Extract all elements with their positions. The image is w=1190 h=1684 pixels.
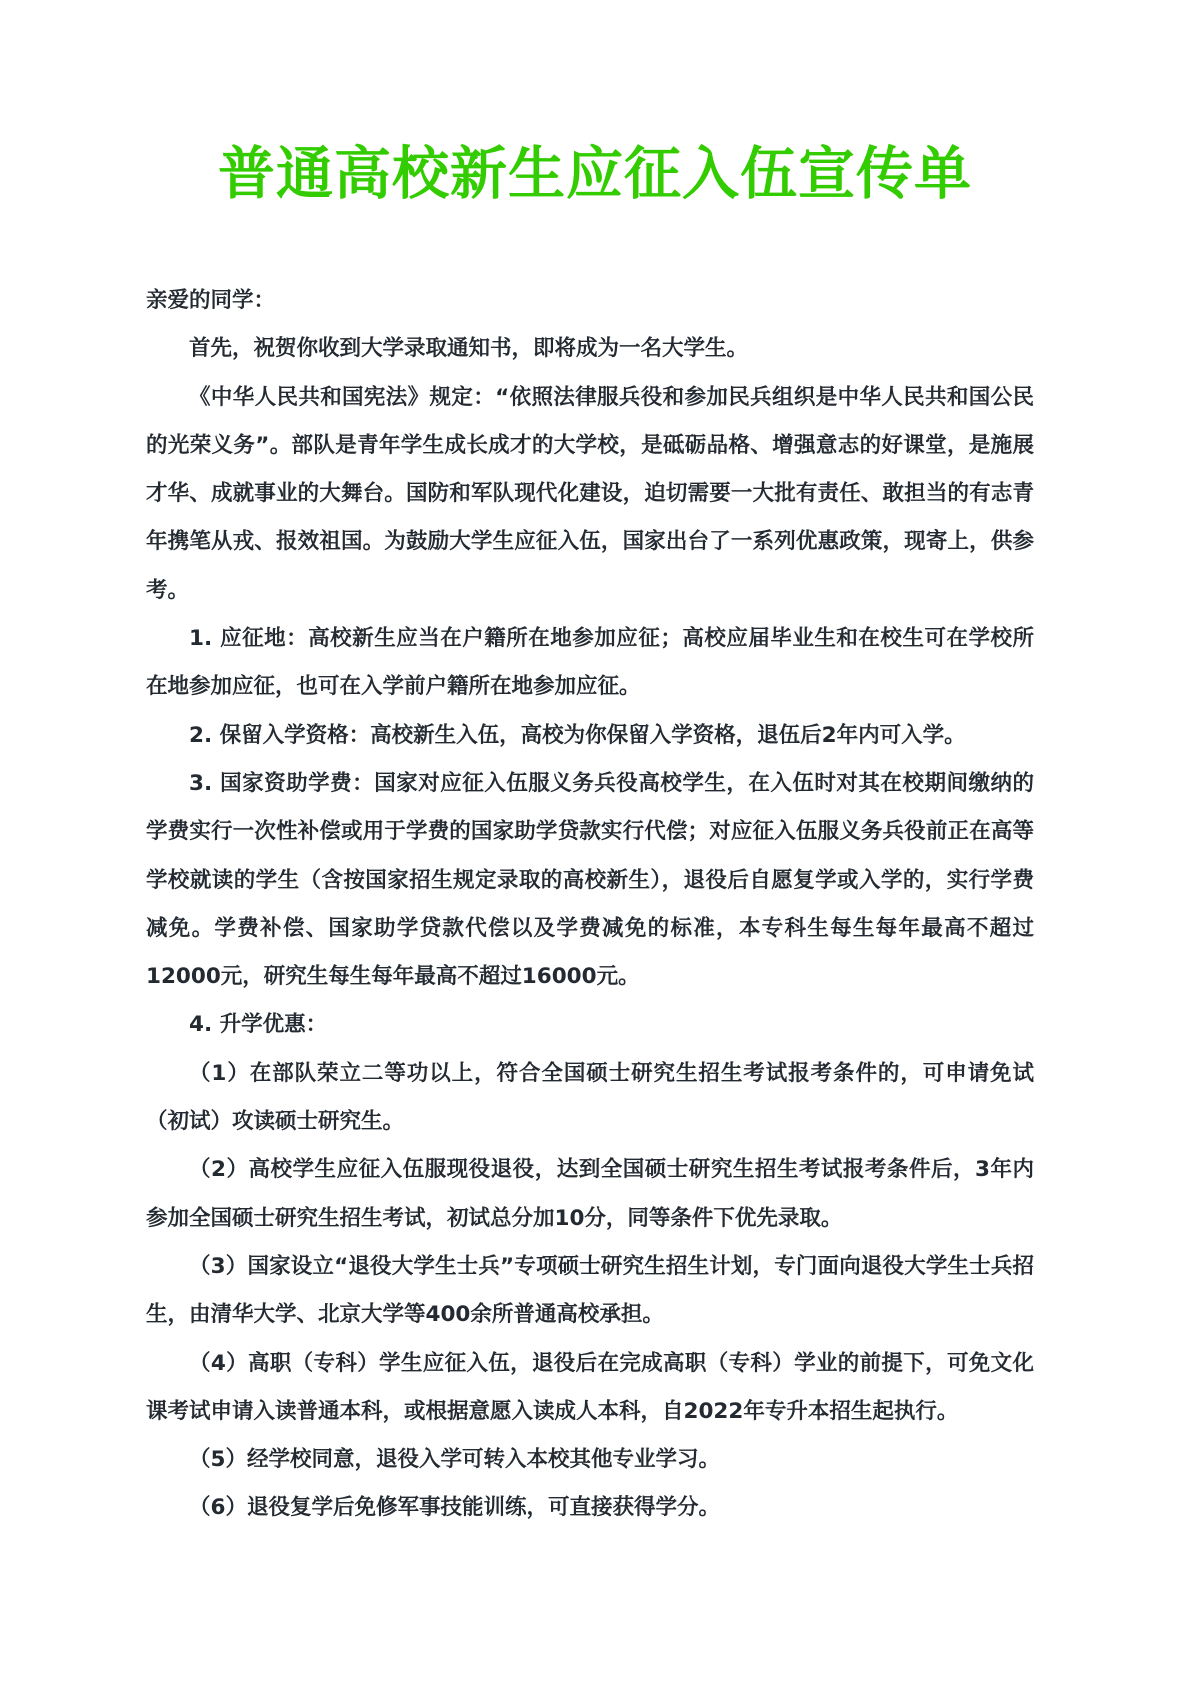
- paragraph: 3. 国家资助学费：国家对应征入伍服义务兵役高校学生，在入伍时对其在校期间缴纳的…: [146, 760, 1034, 1001]
- paragraph: 4. 升学优惠：: [146, 1001, 1034, 1049]
- paragraph: （2）高校学生应征入伍服现役退役，达到全国硕士研究生招生考试报考条件后，3年内参…: [146, 1146, 1034, 1243]
- paragraph: （3）国家设立“退役大学生士兵”专项硕士研究生招生计划，专门面向退役大学生士兵招…: [146, 1243, 1034, 1340]
- page-title: 普通高校新生应征入伍宣传单: [0, 0, 1190, 207]
- paragraph: 2. 保留入学资格：高校新生入伍，高校为你保留入学资格，退伍后2年内可入学。: [146, 712, 1034, 760]
- paragraph: 首先，祝贺你收到大学录取通知书，即将成为一名大学生。: [146, 325, 1034, 373]
- paragraph: （1）在部队荣立二等功以上，符合全国硕士研究生招生考试报考条件的，可申请免试（初…: [146, 1050, 1034, 1147]
- paragraph: （5）经学校同意，退役入学可转入本校其他专业学习。: [146, 1436, 1034, 1484]
- paragraph: 《中华人民共和国宪法》规定：“依照法律服兵役和参加民兵组织是中华人民共和国公民的…: [146, 374, 1034, 615]
- paragraph: 1. 应征地：高校新生应当在户籍所在地参加应征；高校应届毕业生和在校生可在学校所…: [146, 615, 1034, 712]
- flyer-page: 普通高校新生应征入伍宣传单 亲爱的同学：首先，祝贺你收到大学录取通知书，即将成为…: [0, 0, 1190, 1684]
- document-body: 亲爱的同学：首先，祝贺你收到大学录取通知书，即将成为一名大学生。《中华人民共和国…: [146, 277, 1034, 1533]
- paragraph: （4）高职（专科）学生应征入伍，退役后在完成高职（专科）学业的前提下，可免文化课…: [146, 1340, 1034, 1437]
- paragraph: （6）退役复学后免修军事技能训练，可直接获得学分。: [146, 1484, 1034, 1532]
- paragraph: 亲爱的同学：: [146, 277, 1034, 325]
